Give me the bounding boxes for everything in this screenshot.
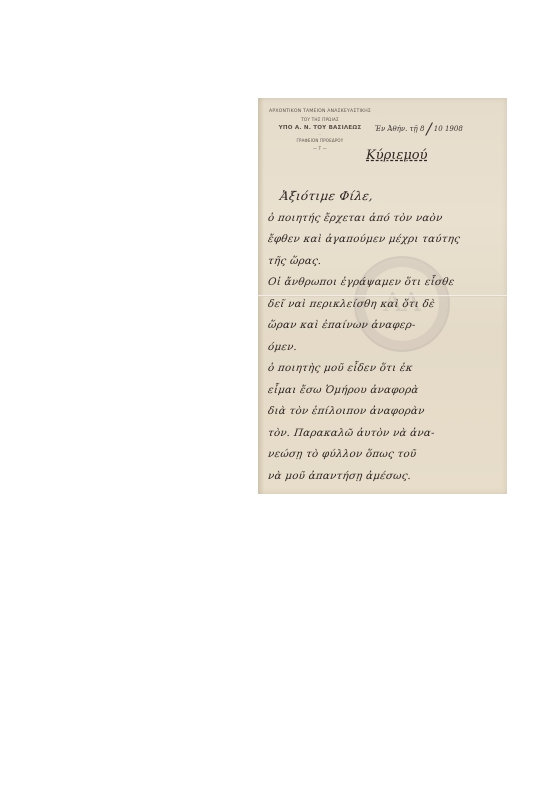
body-line: Οἱ ἄνθρωποι ἐγράψαμεν ὅτι εἶσθε [266,272,500,294]
body-line: ὁ ποιητής ἔρχεται ἀπό τὸν ναὸν [266,208,500,230]
body-line: τῆς ὥρας. [266,251,500,273]
body-line: διὰ τὸν ἐπίλοιπον ἀναφορὰν [266,401,500,423]
addressee-salutation: Κύριεμού [366,148,428,163]
body-line: νεώσῃ τὸ φύλλον ὅπως τοῦ [266,444,500,466]
letterhead-line: ΤΟΥ ΤΗΣ ΠΡΩΙΑΣ [262,116,378,124]
letterhead-line: — Τ — [262,145,378,153]
body-line: ὁ ποιητὴς μοῦ εἶδεν ὅτι ἐκ [266,358,500,380]
body-line: τὸν. Παρακαλῶ ἀυτὸν νὰ ἀνα- [266,423,500,445]
date-month: 10 [434,125,443,133]
printed-letterhead: ΑΡΧΟΝΤΙΚΟΝ ΤΑΜΕΙΟΝ ΑΝΑΣΚΕΥΑΣΤΙΚΗΣ ΤΟΥ ΤΗ… [262,108,378,153]
body-line: ἔφθεν καὶ ἀγαπούμεν μέχρι ταύτης [266,229,500,251]
letterhead-line: ΓΡΑΦΕΙΟΝ ΠΡΟΕΔΡΟΥ [262,137,378,145]
date-separator: / [426,119,431,138]
body-line: δεῖ ναὶ περικλείσθη καὶ ὅτι δὲ [266,294,500,316]
letterhead-line: ΑΡΧΟΝΤΙΚΟΝ ΤΑΜΕΙΟΝ ΑΝΑΣΚΕΥΑΣΤΙΚΗΣ [262,108,378,116]
date-day: 8 [420,125,424,133]
letter-date: Ἐν Ἀθήν. τῇ 8/10 1908 [375,116,495,135]
date-prefix: Ἐν Ἀθήν. τῇ [375,125,418,133]
date-year: 1908 [445,125,463,133]
letter-page: ΑΑ ΑΡΧΟΝΤΙΚΟΝ ΤΑΜΕΙΟΝ ΑΝΑΣΚΕΥΑΣΤΙΚΗΣ ΤΟΥ… [258,98,507,494]
body-line: όμεν. [266,337,500,359]
body-line-greeting: Ἀξιότιμε Φίλε, [266,186,500,208]
body-line: ὥραν καὶ ἐπαίνων ἀναφερ- [266,315,500,337]
body-line: νὰ μοῦ ἀπαντήσῃ ἀμέσως. [266,466,500,488]
handwritten-body: Ἀξιότιμε Φίλε, ὁ ποιητής ἔρχεται ἀπό τὸν… [268,186,499,487]
body-line: εἶμαι ἔσω Ὁμήρου ἀναφορὰ [266,380,500,402]
letterhead-line: ΥΠΟ Α. Ν. ΤΟΥ ΒΑΣΙΛΕΩΣ [262,124,378,132]
